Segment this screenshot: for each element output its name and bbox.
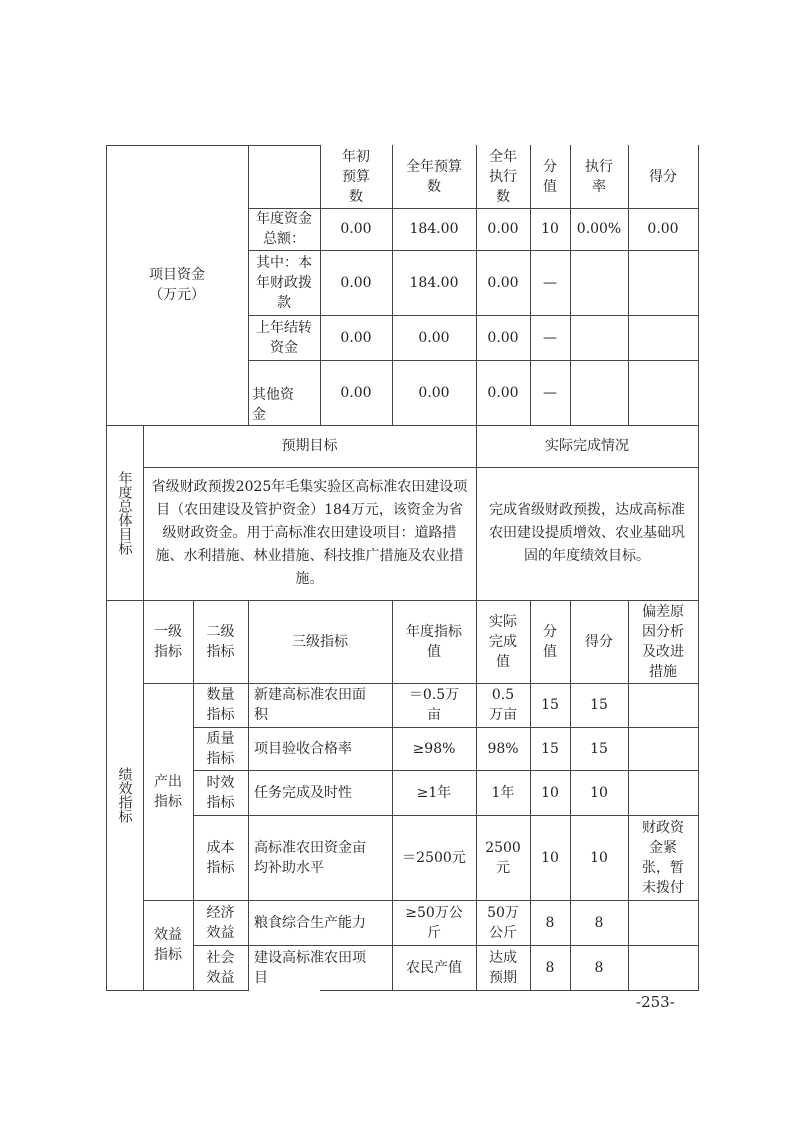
header-initial-budget: 年初预算数 bbox=[320, 145, 392, 208]
header-weight: 分值 bbox=[530, 145, 570, 208]
expected-goal-text: 省级财政预拨2025年毛集实验区高标准农田建设项目（农田建设及管护资金）184万… bbox=[143, 467, 476, 600]
funds-row-rate bbox=[570, 250, 628, 315]
score-cell: 15 bbox=[570, 683, 628, 727]
deviation-cell bbox=[628, 727, 698, 770]
header-execution-rate: 执行率 bbox=[570, 145, 628, 208]
header-level3: 三级指标 bbox=[248, 600, 392, 683]
weight-cell: 10 bbox=[530, 770, 570, 815]
level2-cell: 经济效益 bbox=[193, 900, 248, 945]
table-border bbox=[106, 990, 249, 991]
score-cell: 15 bbox=[570, 727, 628, 770]
weight-cell: 15 bbox=[530, 727, 570, 770]
funds-row-score bbox=[628, 315, 698, 360]
funds-row-label: 年度资金总额： bbox=[248, 208, 320, 250]
level1-benefit: 效益指标 bbox=[143, 900, 193, 990]
score-cell: 8 bbox=[570, 900, 628, 945]
level3-cell: 高标准农田资金亩均补助水平 bbox=[248, 815, 392, 900]
funds-row-executed: 0.00 bbox=[476, 315, 530, 360]
level3-cell: 新建高标准农田面积 bbox=[248, 683, 392, 727]
target-cell: ＝0.5万亩 bbox=[392, 683, 476, 727]
funds-row-executed: 0.00 bbox=[476, 208, 530, 250]
header-score: 得分 bbox=[570, 600, 628, 683]
table-border bbox=[698, 145, 699, 991]
annual-goal-label: 年度总体目标 bbox=[106, 425, 143, 600]
weight-cell: 8 bbox=[530, 945, 570, 990]
funds-row-weight: — bbox=[530, 360, 570, 425]
score-cell: 10 bbox=[570, 770, 628, 815]
funds-row-annual: 184.00 bbox=[392, 208, 476, 250]
actual-goal-text: 完成省级财政预拨，达成高标准农田建设提质增效、农业基础巩固的年度绩效目标。 bbox=[476, 467, 698, 600]
annual-goal-label-text: 年度总体目标 bbox=[117, 471, 133, 555]
funds-label-line2: （万元） bbox=[149, 285, 205, 305]
actual-cell: 98% bbox=[476, 727, 530, 770]
performance-label-text: 绩效指标 bbox=[117, 767, 133, 823]
level3-cell: 粮食综合生产能力 bbox=[248, 900, 392, 945]
target-cell: ≥98% bbox=[392, 727, 476, 770]
target-cell: ≥50万公斤 bbox=[392, 900, 476, 945]
target-cell: ＝2500元 bbox=[392, 815, 476, 900]
deviation-cell bbox=[628, 770, 698, 815]
funds-section-label: 项目资金 （万元） bbox=[106, 145, 248, 425]
deviation-cell: 财政资金紧张，暂未拨付 bbox=[628, 815, 698, 900]
funds-row-score bbox=[628, 360, 698, 425]
page-number: -253- bbox=[636, 993, 696, 1011]
table-border bbox=[320, 990, 699, 991]
target-cell: 农民产值 bbox=[392, 945, 476, 990]
actual-cell: 0.5万亩 bbox=[476, 683, 530, 727]
score-cell: 8 bbox=[570, 945, 628, 990]
actual-cell: 50万公斤 bbox=[476, 900, 530, 945]
funds-row-annual: 0.00 bbox=[392, 315, 476, 360]
actual-cell: 达成预期 bbox=[476, 945, 530, 990]
performance-label: 绩效指标 bbox=[106, 600, 143, 990]
funds-row-annual: 184.00 bbox=[392, 250, 476, 315]
level2-cell: 成本指标 bbox=[193, 815, 248, 900]
level3-cell: 任务完成及时性 bbox=[248, 770, 392, 815]
funds-row-executed: 0.00 bbox=[476, 250, 530, 315]
funds-row-score bbox=[628, 250, 698, 315]
funds-label-line1: 项目资金 bbox=[149, 265, 205, 285]
funds-row-initial: 0.00 bbox=[320, 360, 392, 425]
header-target: 年度指标值 bbox=[392, 600, 476, 683]
expected-goal-header: 预期目标 bbox=[143, 425, 476, 467]
header-level2: 二级指标 bbox=[193, 600, 248, 683]
funds-row-initial: 0.00 bbox=[320, 250, 392, 315]
weight-cell: 10 bbox=[530, 815, 570, 900]
funds-row-weight: 10 bbox=[530, 208, 570, 250]
header-level1: 一级指标 bbox=[143, 600, 193, 683]
header-score: 得分 bbox=[628, 145, 698, 208]
header-annual-budget: 全年预算数 bbox=[392, 145, 476, 208]
weight-cell: 15 bbox=[530, 683, 570, 727]
level2-cell: 数量指标 bbox=[193, 683, 248, 727]
score-cell: 10 bbox=[570, 815, 628, 900]
header-actual: 实际完成值 bbox=[476, 600, 530, 683]
funds-row-weight: — bbox=[530, 315, 570, 360]
funds-row-rate bbox=[570, 315, 628, 360]
level3-cell: 建设高标准农田项目 bbox=[248, 945, 392, 990]
deviation-cell bbox=[628, 683, 698, 727]
target-cell: ≥1年 bbox=[392, 770, 476, 815]
header-annual-executed: 全年执行数 bbox=[476, 145, 530, 208]
funds-row-rate bbox=[570, 360, 628, 425]
funds-row-label: 其中：本年财政拨款 bbox=[248, 250, 320, 315]
funds-row-weight: — bbox=[530, 250, 570, 315]
header-deviation: 偏差原因分析及改进措施 bbox=[628, 600, 698, 683]
funds-row-executed: 0.00 bbox=[476, 360, 530, 425]
funds-row-rate: 0.00% bbox=[570, 208, 628, 250]
actual-cell: 1年 bbox=[476, 770, 530, 815]
funds-row-label: 其他资金 bbox=[248, 360, 320, 425]
header-weight: 分值 bbox=[530, 600, 570, 683]
level3-cell: 项目验收合格率 bbox=[248, 727, 392, 770]
level2-cell: 时效指标 bbox=[193, 770, 248, 815]
funds-row-label: 上年结转资金 bbox=[248, 315, 320, 360]
funds-row-annual: 0.00 bbox=[392, 360, 476, 425]
funds-row-initial: 0.00 bbox=[320, 315, 392, 360]
level1-output: 产出指标 bbox=[143, 683, 193, 900]
actual-cell: 2500元 bbox=[476, 815, 530, 900]
deviation-cell bbox=[628, 945, 698, 990]
actual-goal-header: 实际完成情况 bbox=[476, 425, 698, 467]
level2-cell: 质量指标 bbox=[193, 727, 248, 770]
weight-cell: 8 bbox=[530, 900, 570, 945]
funds-row-score: 0.00 bbox=[628, 208, 698, 250]
level2-cell: 社会效益 bbox=[193, 945, 248, 990]
funds-row-initial: 0.00 bbox=[320, 208, 392, 250]
deviation-cell bbox=[628, 900, 698, 945]
